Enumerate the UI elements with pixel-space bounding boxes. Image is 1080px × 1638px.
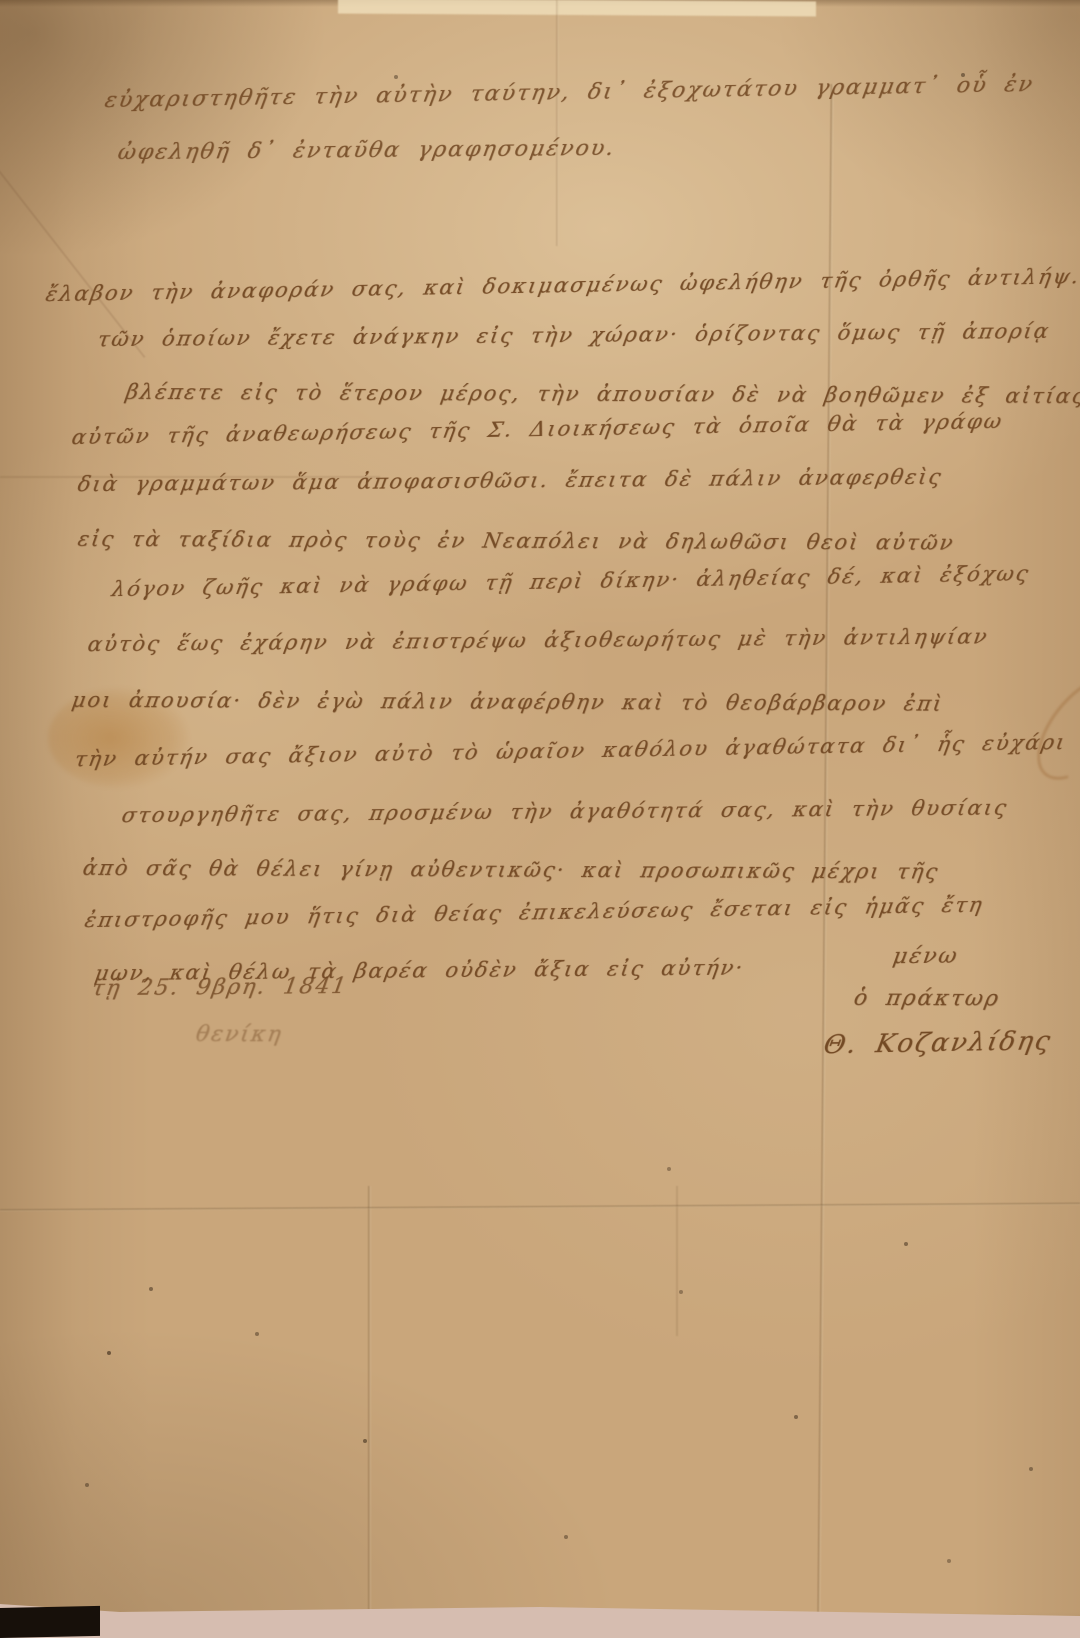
date-line: τῇ 25. 9βρη. 1841 [90, 974, 350, 1001]
handwritten-line: βλέπετε εἰς τὸ ἕτερον μέρος, τὴν ἀπουσία… [124, 380, 1080, 408]
letter-photo: εὐχαριστηθῆτε τὴν αὐτὴν ταύτην, δι᾽ ἐξοχ… [0, 0, 1080, 1638]
handwritten-line: τῶν ὁποίων ἔχετε ἀνάγκην εἰς τὴν χώραν· … [96, 319, 1052, 351]
place-line: θενίκη [194, 1022, 285, 1047]
handwritten-line: ἐπιστροφῆς μου ἥτις διὰ θείας ἐπικελεύσε… [83, 892, 986, 932]
handwritten-line: στουργηθῆτε σας, προσμένω τὴν ἀγαθότητά … [120, 795, 1010, 827]
handwritten-line: μοι ἀπουσία· δὲν ἐγὼ πάλιν ἀναφέρθην καὶ… [70, 688, 945, 716]
handwritten-line: τὴν αὐτήν σας ἄξιον αὐτὸ τὸ ὡραῖον καθόλ… [73, 730, 1069, 771]
handwritten-line: ὠφεληθῆ δ᾽ ἐνταῦθα γραφησομένου. [116, 136, 617, 165]
foxing-specks [0, 0, 2, 2]
handwritten-line: λόγον ζωῆς καὶ νὰ γράφω τῇ περὶ δίκην· ἀ… [110, 561, 1032, 601]
signature: Θ. Κοζανλίδης [821, 1026, 1054, 1060]
handwritten-line: ἔλαβον τὴν ἀναφοράν σας, καὶ δοκιμασμένω… [44, 263, 1080, 306]
handwritten-line: διὰ γραμμάτων ἅμα ἀποφασισθῶσι. ἔπειτα δ… [76, 464, 945, 496]
vertical-fold-crease-left-bottom [368, 1186, 371, 1614]
valediction: μένω [891, 943, 961, 969]
vertical-fold-crease-right [817, 84, 833, 1616]
handwritten-line: εὐχαριστηθῆτε τὴν αὐτὴν ταύτην, δι᾽ ἐξοχ… [103, 72, 1036, 113]
seal-bleed-mark [1019, 658, 1080, 797]
handwritten-line: αὐτῶν τῆς ἀναθεωρήσεως τῆς Σ. Διοικήσεως… [70, 409, 1005, 449]
paper-top-edge-highlight [338, 0, 816, 16]
background-corner-object [0, 1606, 100, 1638]
handwritten-line: εἰς τὰ ταξίδια πρὸς τοὺς ἐν Νεαπόλει νὰ … [76, 527, 956, 555]
sender-role-line: ὁ πράκτωρ [852, 986, 1002, 1012]
vertical-fold-crease-faint [676, 1186, 678, 1336]
horizontal-fold-crease [0, 1203, 1080, 1212]
letter-paper: εὐχαριστηθῆτε τὴν αὐτὴν ταύτην, δι᾽ ἐξοχ… [0, 0, 1080, 1638]
handwritten-line: αὐτὸς ἕως ἐχάρην νὰ ἐπιστρέψω ἀξιοθεωρήτ… [86, 624, 990, 656]
handwritten-line: ἀπὸ σᾶς θὰ θέλει γίνῃ αὐθεντικῶς· καὶ πρ… [81, 856, 941, 884]
vertical-fold-crease-top [556, 0, 559, 246]
